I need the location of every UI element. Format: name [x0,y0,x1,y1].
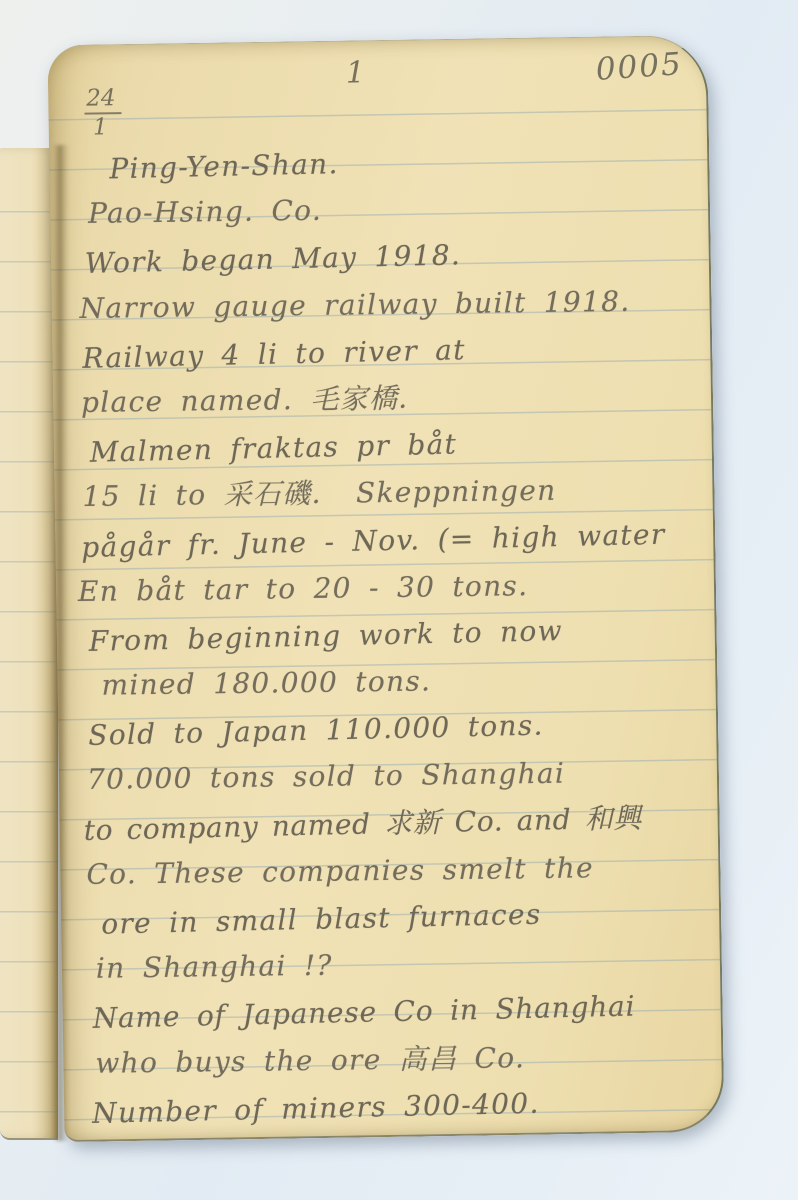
gutter-crease-shadow [53,145,69,1141]
page-number: 1 [346,55,366,90]
scan-background: 24 1 1 0005 Ping-Yen-Shan. Pao-Hsing. Co… [0,0,798,1200]
archival-number: 0005 [595,46,684,88]
date-fraction: 24 1 [84,87,122,140]
date-fraction-denominator: 1 [79,116,123,140]
previous-page-edge [0,148,58,1140]
date-fraction-numerator: 24 [84,87,122,115]
notebook-page: 24 1 1 0005 Ping-Yen-Shan. Pao-Hsing. Co… [47,35,724,1142]
handwriting-block: Ping-Yen-Shan. Pao-Hsing. Co. Work began… [75,134,715,1135]
